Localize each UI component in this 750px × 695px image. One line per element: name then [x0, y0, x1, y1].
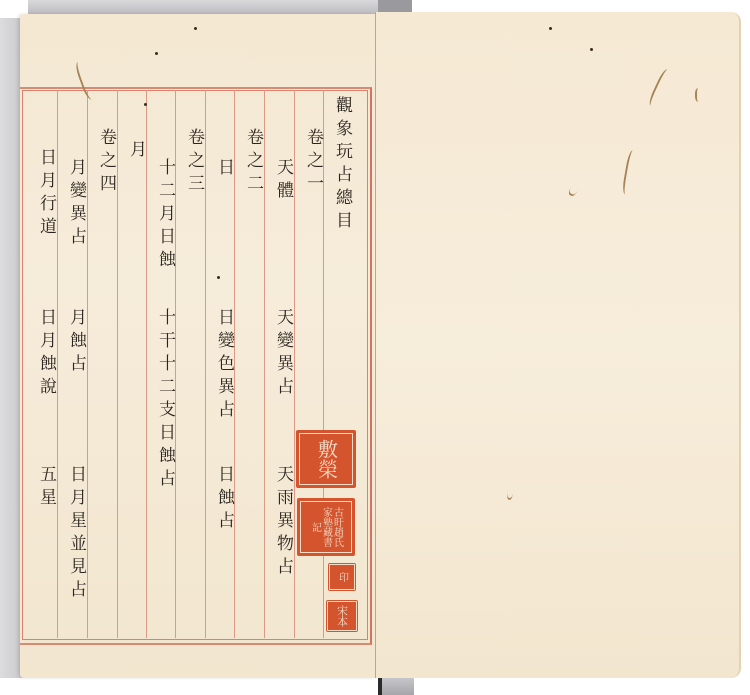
wormhole [695, 88, 703, 102]
speck [155, 52, 158, 55]
toc-entry: 日月星並見占 [60, 465, 88, 603]
juan3-heading: 卷之三 [178, 128, 206, 197]
toc-entry: 日變色異占 [208, 308, 236, 423]
seal-medium: 古盱趙氏家塾藏書記 [297, 498, 355, 556]
book-edge-top [28, 0, 378, 14]
speck [144, 103, 147, 106]
toc-title: 觀象玩占總目 [326, 96, 354, 234]
seal-large-text: 敷榮 [299, 433, 353, 485]
seal-small: 印 [328, 563, 356, 591]
column-rule [146, 90, 147, 638]
toc-entry: 月變異占 [60, 158, 88, 250]
toc-entry: 月 [120, 140, 148, 163]
spine-fold [375, 12, 376, 678]
toc-entry: 十干十二支日蝕占 [149, 308, 177, 492]
juan2-heading: 卷之二 [237, 128, 265, 197]
toc-entry: 日 [208, 158, 236, 181]
toc-entry: 日蝕占 [208, 465, 236, 534]
juan1-heading: 卷之一 [297, 128, 325, 197]
toc-entry: 日月行道 [30, 148, 58, 240]
right-page [376, 12, 741, 678]
speck [590, 48, 593, 51]
seal-small: 宋本 [326, 600, 358, 632]
juan4-heading: 卷之四 [90, 128, 118, 197]
book-edge-bottom-dark [378, 677, 382, 695]
toc-entry: 天體 [267, 158, 295, 204]
seal-large: 敷榮 [296, 430, 356, 488]
toc-entry: 天雨異物占 [267, 465, 295, 580]
toc-entry: 十二月日蝕 [149, 158, 177, 273]
toc-entry: 日月蝕說 [30, 308, 58, 400]
toc-entry: 月蝕占 [60, 308, 88, 377]
book-edge-top-dark [378, 0, 412, 12]
speck [217, 276, 220, 279]
toc-entry: 天變異占 [267, 308, 295, 400]
speck [194, 27, 197, 30]
seal-small-text: 印 [329, 564, 355, 590]
seal-small-text: 宋本 [327, 601, 357, 631]
book-edge-bottom [378, 677, 414, 695]
toc-entry: 五星 [30, 465, 58, 511]
seal-medium-text: 古盱趙氏家塾藏書記 [300, 501, 352, 553]
speck [549, 27, 552, 30]
